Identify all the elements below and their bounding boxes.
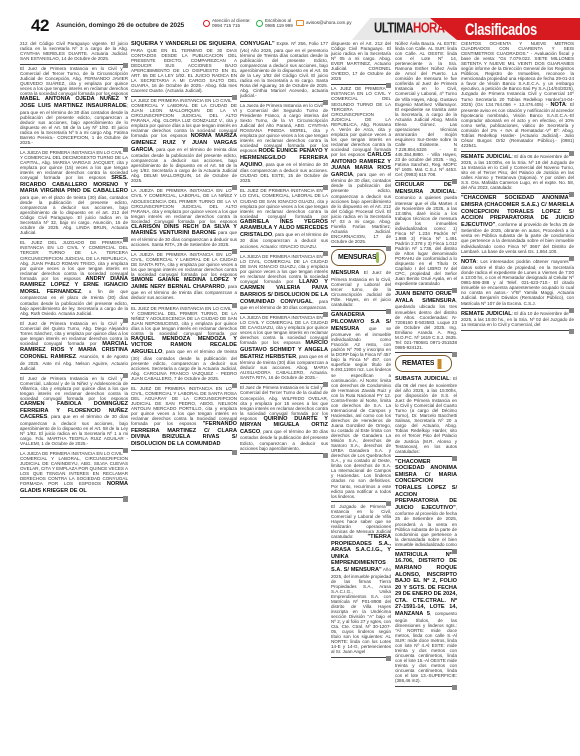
notice-body: Núñez Ávila Bauza. AL ESTE: linda con Ca… [395,41,457,177]
classified-notice: El Juez de Primera Instancia en lo Civil… [240,385,328,454]
contact-value: 0994 715 715 [212,23,240,28]
classified-notice: LA JUEZ DE PRIMERA INSTANCIA EN LO CIVIL… [331,86,391,247]
notice-text: LA JUEZA DE PRIMERA INSTANCIA EN LO CIVI… [131,252,237,301]
notice-body: dispuesto en el Art. 212 del Código Civi… [331,41,391,81]
notice-text: SIQUEIRA Y VANDERLEI DE SIQUEIRA, PARA Q… [131,41,237,93]
notice-body: LA JUEZ DE PRIMERA INSTANCIA EN LO CIVIL… [331,86,391,157]
survey-map-icon [376,252,378,263]
classified-notice: LA JUEZA DE PRIMERA INSTANCIA EN LO CIVI… [131,188,237,250]
section-header-label: REMATES [402,361,434,366]
classified-notice: El Juzgado de Primera Instancia en lo Ci… [331,504,391,658]
ad-code-tag [232,450,237,455]
classified-notice: CIENTOS OCHENTA Y NUEVE METROS CUADRADOS… [461,41,574,152]
classified-notice: "CHACOMER SOCIEDAD ANONIMA EMISRA (CHACO… [461,195,574,257]
notice-parties: MATRICULA Nº 16.706, Distrito de Mariano… [395,552,457,617]
ad-code-tag [386,656,391,661]
notice-text: El Juez de Primera Instancia en lo Civil… [240,385,328,450]
contact-value: avisos@uhora.com.py [306,20,352,25]
notice-text: LA JUEZA DE PRIMERA INSTANCIA EN LO CIVI… [240,315,328,380]
ad-code-tag [386,246,391,251]
ad-code-tag [452,685,457,690]
brand-part-hora: HORA [413,21,444,37]
notice-body: ; para que en el término de 30 días cont… [20,103,128,145]
notice-text: "CHACOMER SOCIEDAD ANONIMA EMISRA (CHACO… [461,195,574,253]
notice-parties: "CHACOMER SOCIEDAD ANONIMA EMISRA C/ MAR… [395,459,457,511]
notice-body: que se promueve en el inmueble individua… [331,326,391,499]
notice-text: CONYUGAL" Expte. Nº 256, Folio 177 (vto)… [240,41,328,98]
classified-notice: GANADERIA PILCOMAYO S.A S/ MENSURA que s… [331,312,391,502]
classified-notice: EL JUEZ DEL JUZGADO DE PRIMERA INSTANCIA… [20,240,128,319]
notice-body: LA JUEZA DE PRIMERA INSTANCIA EN LO CIVI… [131,252,237,277]
classified-notice: Núñez Ávila Bauza. AL ESTE: linda con Ca… [395,41,457,181]
notice-parties: SUBASTA JUDICIAL [395,376,450,382]
classified-notice: JUAN BENITO ORUE AYALA S/MENSURA, quedan… [395,291,457,353]
column-2: SIQUEIRA Y VANDERLEI DE SIQUEIRA, PARA Q… [131,41,237,756]
notice-parties: CIRCULAR DE MENSURA JUDICIAL [395,182,456,195]
notice-text: EL JUEZ DE PRIMERA INSTANCIA EN LO CIVIL… [131,386,237,448]
ad-code-tag [569,329,574,334]
notice-parties: SIQUEIRA Y VANDERLEI DE SIQUEIRA [131,41,236,47]
notice-text: GANADERIA PILCOMAYO S.A S/ MENSURA que s… [331,312,391,498]
notice-body: , PARA QUE EN EL TERMINO DE 30 DIAS CONT… [131,41,237,93]
notice-text: SUBASTA JUDICIAL: El día 06 del mes de n… [395,376,457,453]
notice-body: , quedando ubicado los tres inmuebles de… [395,298,457,350]
classified-notice: LA JUEZA DE PRIMERA INSTANCIA EN LO CIVI… [20,150,128,239]
classified-notice: EL JUEZ DE PRIMERA INSTANCIA EN LO CIVIL… [240,188,328,252]
notice-text: LA JUEZ DE PRIMERA INSTANCIA EN LO CIVIL… [131,98,237,183]
notice-body: La Jueza de Primera Instancia en lo Civi… [240,103,328,153]
brand-part-ultima: ULTIMA [374,21,413,37]
email-icon [296,20,304,26]
section-header-label: MENSURAS [338,255,376,260]
notice-body: Expte. Nº 256, Folio 177 (vto) Año 2025,… [240,41,328,98]
notice-text: Núñez Ávila Bauza. AL ESTE: linda con Ca… [395,41,457,177]
classified-notice: REMATE JUDICIAL: El día 10 de Noviembre … [461,311,574,331]
section-title: Clasificados [465,20,537,39]
notice-text: 212 del Código Civil Paraguayo vigente. … [20,41,128,61]
remates-section-header: REMATES [395,355,452,372]
classified-notice: El Juez de Primera Instancia en lo Civil… [20,376,128,450]
notice-parties: JUAN BENITO ORUE AYALA S/MENSURA [395,291,456,304]
notice-text: LA JUEZA DE PRIMERA INSTANCIA EN LO CIVI… [20,150,128,235]
notice-body: El Juez de Primera Instancia en lo Civil… [20,66,128,96]
column-3: CONYUGAL" Expte. Nº 256, Folio 177 (vto)… [240,41,328,756]
notice-body: EL JUEZ DEL JUZGADO DE PRIMERA INSTANCIA… [20,240,128,280]
notice-parties: MENSURA [331,270,359,276]
notice-text: MENSURA El Juez de Primera Instancia en … [331,270,391,307]
notice-text: El Juez de Primera Instancia en lo Civil… [20,66,128,145]
notice-body: EL JUEZ DE PRIMERA INSTANCIA EN LO CIVIL… [131,306,237,336]
classified-notice: EL JUEZ DE PRIMERA INSTANCIA EN LO CIVIL… [131,306,237,385]
classified-notice: CIRCULAR DE MENSURA JUDICIAL: Comunico a… [395,182,457,290]
classified-notice: El Juez de Primera Instancia en lo Civil… [20,66,128,148]
classified-notice: 212 del Código Civil Paraguayo vigente. … [20,41,128,65]
contact-value: 0985 119 999 [265,23,293,28]
phone-icon [203,20,210,27]
ad-code-tag [452,352,457,357]
notice-text: EL JUEZ DEL JUZGADO DE PRIMERA INSTANCIA… [20,240,128,315]
classified-notice: MENSURA El Juez de Primera Instancia en … [331,270,391,310]
classified-notice: LA JUEZA DE PRIMERA INSTANCIA EN LO CIVI… [240,315,328,384]
notice-text: MATRICULA Nº 16.706, Distrito de Mariano… [395,552,457,684]
notice-text: LA JUEZA DE PRIMERA INSTANCIA EN LO CIVI… [20,451,128,494]
classified-notice: SUBASTA JUDICIAL: El día 06 del mes de n… [395,376,457,457]
classified-notice: dispuesto en el Art. 212 del Código Civi… [331,41,391,85]
gavel-icon [434,359,444,369]
classified-notice: REMATE JUDICIAL: El día 06 de Noviembre … [461,154,574,194]
notice-parties: NOTA [461,259,476,265]
notice-text: dispuesto en el Art. 212 del Código Civi… [331,41,391,81]
classified-notice: NOTA: Los interesados podrán obtener may… [461,259,574,309]
ad-code-tag [323,453,328,458]
classified-notice: LA JUEZA DE PRIMERA INSTANCIA EN LO CIVI… [131,252,237,304]
notice-parties: REMATE JUDICIAL [461,154,512,160]
notice-body: , para que en el término de 30 días, con… [331,172,391,244]
publication-date: Asunción, domingo 26 de octubre de 2025 [56,22,184,29]
notice-body: LA JUEZA DE PRIMERA INSTANCIA EN LO CIVI… [131,188,237,223]
notice-body: EL JUEZ DE PRIMERA INSTANCIA EN LO CIVIL… [131,386,237,426]
notice-text: LA JUEZA DE PRIMERA INSTANCIA EN LO CIVI… [240,254,328,311]
notice-text: El Juzgado de Primera Instancia en lo Ci… [331,504,391,655]
page-number: 42 [31,16,49,36]
notice-text: CIRCULAR DE MENSURA JUDICIAL: Comunico a… [395,182,457,286]
classified-notice: La Jueza de Primera Instancia en lo Civi… [240,103,328,187]
notice-parties: CONYUGAL" [240,41,275,47]
notice-body: EL JUEZ DE PRIMERA INSTANCIA EN LO CIVIL… [240,188,328,218]
classified-notice: LA JUEZA DE PRIMERA INSTANCIA EN LO CIVI… [20,451,128,498]
notice-body: : Comunico a quienes pueda interesar que… [395,189,457,286]
notice-body: , compuesto según títulos, de las dimens… [395,611,457,683]
column-5: CIENTOS OCHENTA Y NUEVE METROS CUADRADOS… [461,41,574,756]
column-4b: Núñez Ávila Bauza. AL ESTE: linda con Ca… [395,41,457,756]
notice-body: : El día 06 del mes de noviembre del año… [395,376,457,453]
notice-parties: NOTA [550,102,565,108]
notice-body: 212 del Código Civil Paraguayo vigente. … [20,41,128,61]
notice-text: EL JUEZ DE PRIMERA INSTANCIA EN LO CIVIL… [131,306,237,381]
notice-text: LA JUEZ DE PRIMERA INSTANCIA EN LO CIVIL… [331,86,391,244]
notice-body: : Los interesados podrán obtener mayores… [461,259,574,306]
notice-parties: SIMONE GAIANE MEDINA LOPEZ y JAIME NERY … [131,277,237,290]
notice-text: NOTA: Los interesados podrán obtener may… [461,259,574,306]
classified-notice: CONYUGAL" Expte. Nº 256, Folio 177 (vto)… [240,41,328,102]
whatsapp-icon [256,20,263,27]
notice-text: El Juez de Primera Instancia en lo Civil… [20,376,128,446]
notice-text: LA JUEZA DE PRIMERA INSTANCIA EN LO CIVI… [131,188,237,247]
classified-notice: LA JUEZA DE PRIMERA INSTANCIA EN LO CIVI… [240,254,328,314]
notice-body: : El presente aviso es con citación y no… [461,102,574,149]
email-contact[interactable]: avisos@uhora.com.py [296,20,352,26]
ad-code-tag [123,496,128,501]
mensuras-section-header: MENSURAS [331,249,386,266]
notice-text: La Jueza de Primera Instancia en lo Civi… [240,103,328,183]
notice-body: LA JUEZ DE PRIMERA INSTANCIA EN LO CIVIL… [131,98,237,138]
notice-text: JUAN BENITO ORUE AYALA S/MENSURA, quedan… [395,291,457,350]
brand-logo: ULTIMAHORA [374,21,444,37]
classified-notice: "CHACOMER SOCIEDAD ANONIMA EMISRA C/ MAR… [395,459,457,551]
page-header: 42 Asunción, domingo 26 de octubre de 20… [0,0,580,40]
column-4a: dispuesto en el Art. 212 del Código Civi… [331,41,391,756]
notice-parties: REMATE JUDICIAL [461,311,512,317]
column-1: 212 del Código Civil Paraguayo vigente. … [20,41,128,756]
whatsapp-contact[interactable]: Escribinos al0985 119 999 [256,18,293,28]
classified-notice: SIQUEIRA Y VANDERLEI DE SIQUEIRA, PARA Q… [131,41,237,97]
customer-service-contact[interactable]: Atención al cliente:0994 715 715 [203,18,251,28]
notice-text: CIENTOS OCHENTA Y NUEVE METROS CUADRADOS… [461,41,574,149]
notice-text: El Juez de Primera Instancia en lo Civil… [20,321,128,371]
notice-text: "CHACOMER SOCIEDAD ANONIMA EMISRA C/ MAR… [395,459,457,547]
classified-notice: EL JUEZ DE PRIMERA INSTANCIA EN LO CIVIL… [131,386,237,451]
notice-body: Año 2025, del inmueble propiedad de las … [331,567,391,654]
notice-body: , conforme al proveído de fecha 25 de Se… [395,505,457,547]
notice-body: CIENTOS OCHENTA Y NUEVE METROS CUADRADOS… [461,41,574,107]
notice-body: para que, en el plazo de treinta (30) dí… [20,195,128,235]
classified-notice: MATRICULA Nº 16.706, Distrito de Mariano… [395,552,457,687]
notice-parties: MABEL ANTONIA OJEDA NUÑEZ y JOSE LUIS MA… [20,96,128,109]
notice-text: EL JUEZ DE PRIMERA INSTANCIA EN LO CIVIL… [240,188,328,248]
classified-notice: LA JUEZ DE PRIMERA INSTANCIA EN LO CIVIL… [131,98,237,187]
classified-notice: El Juez de Primera Instancia en lo Civil… [20,321,128,375]
notice-text: REMATE JUDICIAL: El día 10 de Noviembre … [461,311,574,328]
notice-body: El Juez de Primera Instancia en lo Civil… [20,376,128,401]
notice-text: REMATE JUDICIAL: El día 06 de Noviembre … [461,154,574,191]
